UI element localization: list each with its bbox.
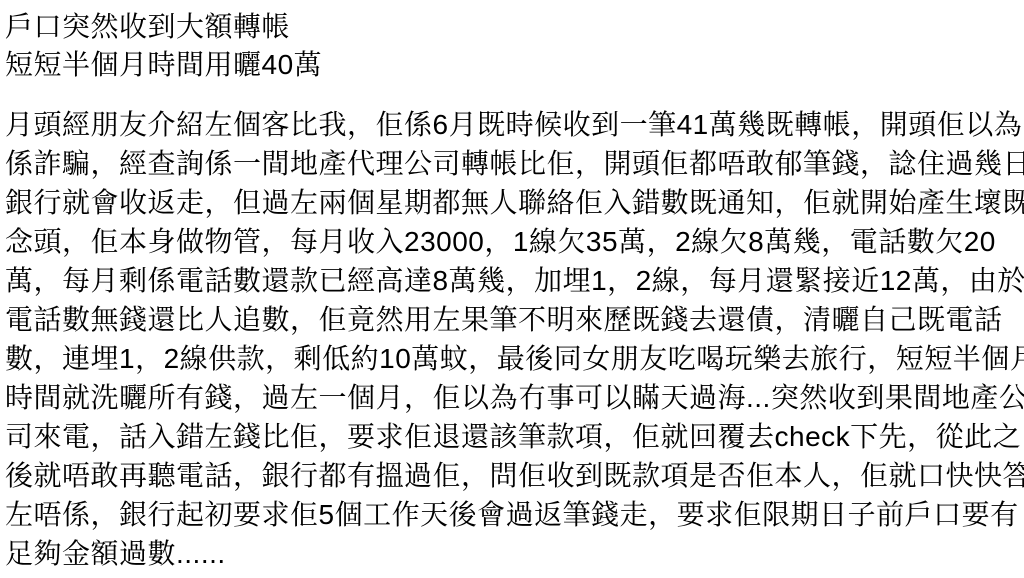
text-post-page: 戶口突然收到大額轉帳 短短半個月時間用曬40萬 月頭經朋友介紹左個客比我，佢係6… [0,0,1024,578]
post-body-line: 電話數無錢還比人追數，佢竟然用左果筆不明來歷既錢去還債，清曬自己既電話 [5,300,1024,339]
post-body: 月頭經朋友介紹左個客比我，佢係6月既時候收到一筆41萬幾既轉帳，開頭佢以為 係詐… [5,105,1024,573]
post-body-line: 足夠金額過數...... [5,534,1024,573]
post-body-line: 念頭，佢本身做物管，每月收入23000，1線欠35萬，2線欠8萬幾，電話數欠20 [5,222,1024,261]
post-body-line: 銀行就會收返走，但過左兩個星期都無人聯絡佢入錯數既通知，佢就開始產生壞既 [5,183,1024,222]
post-body-line: 月頭經朋友介紹左個客比我，佢係6月既時候收到一筆41萬幾既轉帳，開頭佢以為 [5,105,1024,144]
post-title-line-1: 戶口突然收到大額轉帳 [5,8,1024,46]
post-body-line: 萬，每月剩係電話數還款已經高達8萬幾，加埋1，2線，每月還緊接近12萬，由於 [5,261,1024,300]
post-body-line: 數，連埋1，2線供款，剩低約10萬蚊，最後同女朋友吃喝玩樂去旅行，短短半個月 [5,339,1024,378]
post-title-line-2: 短短半個月時間用曬40萬 [5,46,1024,84]
post-body-line: 司來電，話入錯左錢比佢，要求佢退還該筆款項，佢就回覆去check下先，從此之 [5,417,1024,456]
post-body-line: 時間就洗曬所有錢，過左一個月，佢以為冇事可以瞞天過海...突然收到果間地產公 [5,378,1024,417]
post-title: 戶口突然收到大額轉帳 短短半個月時間用曬40萬 [5,8,1024,84]
post-body-line: 係詐騙，經查詢係一間地產代理公司轉帳比佢，開頭佢都唔敢郁筆錢，諗住過幾日 [5,144,1024,183]
post-body-line: 左唔係，銀行起初要求佢5個工作天後會過返筆錢走，要求佢限期日子前戶口要有 [5,495,1024,534]
post-body-line: 後就唔敢再聽電話，銀行都有搵過佢，問佢收到既款項是否佢本人，佢就口快快答 [5,456,1024,495]
